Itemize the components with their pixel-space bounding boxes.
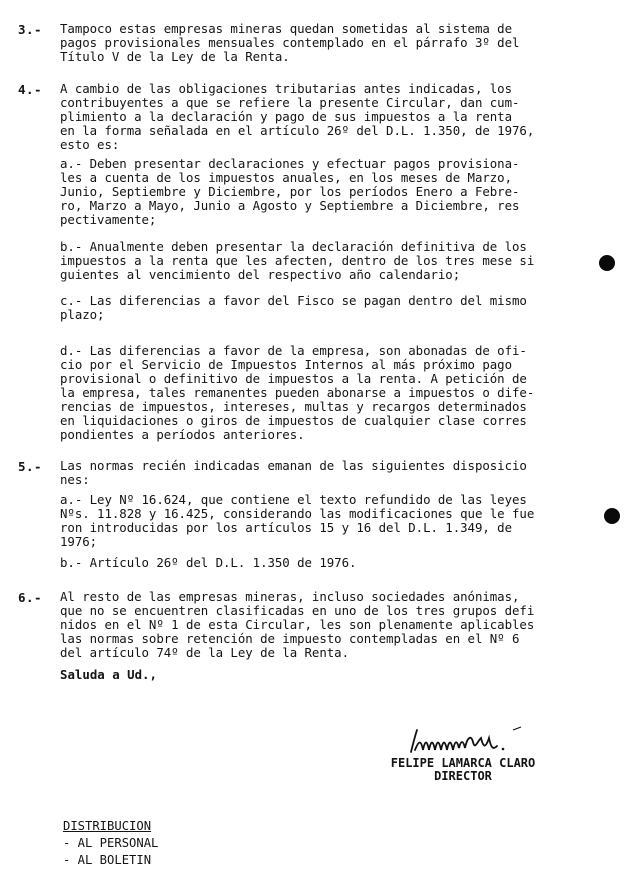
signature-icon <box>405 722 535 758</box>
distribution-item: - AL BOLETIN <box>63 852 158 869</box>
text-line: c.- Las diferencias a favor del Fisco se… <box>60 294 620 308</box>
salutation: Saluda a Ud., <box>60 667 157 682</box>
text-line: a.- Ley Nº 16.624, que contiene el texto… <box>60 493 620 507</box>
text-line: 1976; <box>60 535 620 549</box>
subitem-body: a.- Deben presentar declaraciones y efec… <box>60 157 620 227</box>
text-line: plimiento a la declaración y pago de sus… <box>60 110 620 124</box>
text-line: en liquidaciones o giros de impuestos de… <box>60 414 620 428</box>
punch-hole-icon <box>599 255 615 271</box>
text-line: Nºs. 11.828 y 16.425, considerando las m… <box>60 507 620 521</box>
text-line: cio por el Servicio de Impuestos Interno… <box>60 358 620 372</box>
text-line: b.- Artículo 26º del D.L. 1.350 de 1976. <box>60 556 620 570</box>
text-line: a.- Deben presentar declaraciones y efec… <box>60 157 620 171</box>
section-number: 5.- <box>18 459 42 474</box>
text-line: nes: <box>60 473 620 487</box>
text-line: ro, Marzo a Mayo, Junio a Agosto y Septi… <box>60 199 620 213</box>
section-body: Las normas recién indicadas emanan de la… <box>60 459 620 487</box>
text-line: rencias de impuestos, intereses, multas … <box>60 400 620 414</box>
text-line: en la forma señalada en el artículo 26º … <box>60 124 620 138</box>
section-body: A cambio de las obligaciones tributarias… <box>60 82 620 152</box>
subitem-body: d.- Las diferencias a favor de la empres… <box>60 344 620 442</box>
text-line: ron introducidas por los artículos 15 y … <box>60 521 620 535</box>
text-line: Título V de la Ley de la Renta. <box>60 50 620 64</box>
text-line: pectivamente; <box>60 213 620 227</box>
text-line: la empresa, tales remanentes pueden abon… <box>60 386 620 400</box>
text-line: Tampoco estas empresas mineras quedan so… <box>60 22 620 36</box>
text-line: Las normas recién indicadas emanan de la… <box>60 459 620 473</box>
text-line: pagos provisionales mensuales contemplad… <box>60 36 620 50</box>
text-line: Al resto de las empresas mineras, inclus… <box>60 590 620 604</box>
text-line: Junio, Septiembre y Diciembre, por los p… <box>60 185 620 199</box>
text-line: contribuyentes a que se refiere la prese… <box>60 96 620 110</box>
text-line: plazo; <box>60 308 620 322</box>
section-number: 4.- <box>18 82 42 97</box>
text-line: A cambio de las obligaciones tributarias… <box>60 82 620 96</box>
text-line: les a cuenta de los impuestos anuales, e… <box>60 171 620 185</box>
distribution-block: DISTRIBUCION - AL PERSONAL - AL BOLETIN <box>63 818 158 869</box>
text-line: las normas sobre retención de impuesto c… <box>60 632 620 646</box>
subitem-body: a.- Ley Nº 16.624, que contiene el texto… <box>60 493 620 549</box>
section-number: 3.- <box>18 22 42 37</box>
signer-title: DIRECTOR <box>378 770 548 783</box>
text-line: guientes al vencimiento del respectivo a… <box>60 268 620 282</box>
text-line: esto es: <box>60 138 620 152</box>
subitem-body: c.- Las diferencias a favor del Fisco se… <box>60 294 620 322</box>
distribution-item: - AL PERSONAL <box>63 835 158 852</box>
text-line: nidos en el Nº 1 de esta Circular, les s… <box>60 618 620 632</box>
text-line: b.- Anualmente deben presentar la declar… <box>60 240 620 254</box>
section-body: Al resto de las empresas mineras, inclus… <box>60 590 620 660</box>
text-line: pondientes a períodos anteriores. <box>60 428 620 442</box>
distribution-title: DISTRIBUCION <box>63 818 158 835</box>
subitem-body: b.- Artículo 26º del D.L. 1.350 de 1976. <box>60 556 620 570</box>
text-line: que no se encuentren clasificadas en uno… <box>60 604 620 618</box>
section-number: 6.- <box>18 590 42 605</box>
section-body: Tampoco estas empresas mineras quedan so… <box>60 22 620 64</box>
text-line: del artículo 74º de la Ley de la Renta. <box>60 646 620 660</box>
text-line: d.- Las diferencias a favor de la empres… <box>60 344 620 358</box>
text-line: provisional o definitivo de impuestos a … <box>60 372 620 386</box>
punch-hole-icon <box>604 508 620 524</box>
signer-block: FELIPE LAMARCA CLARO DIRECTOR <box>378 757 548 783</box>
document-page: 3.- Tampoco estas empresas mineras queda… <box>0 0 644 870</box>
text-line: impuestos a la renta que les afecten, de… <box>60 254 620 268</box>
subitem-body: b.- Anualmente deben presentar la declar… <box>60 240 620 282</box>
